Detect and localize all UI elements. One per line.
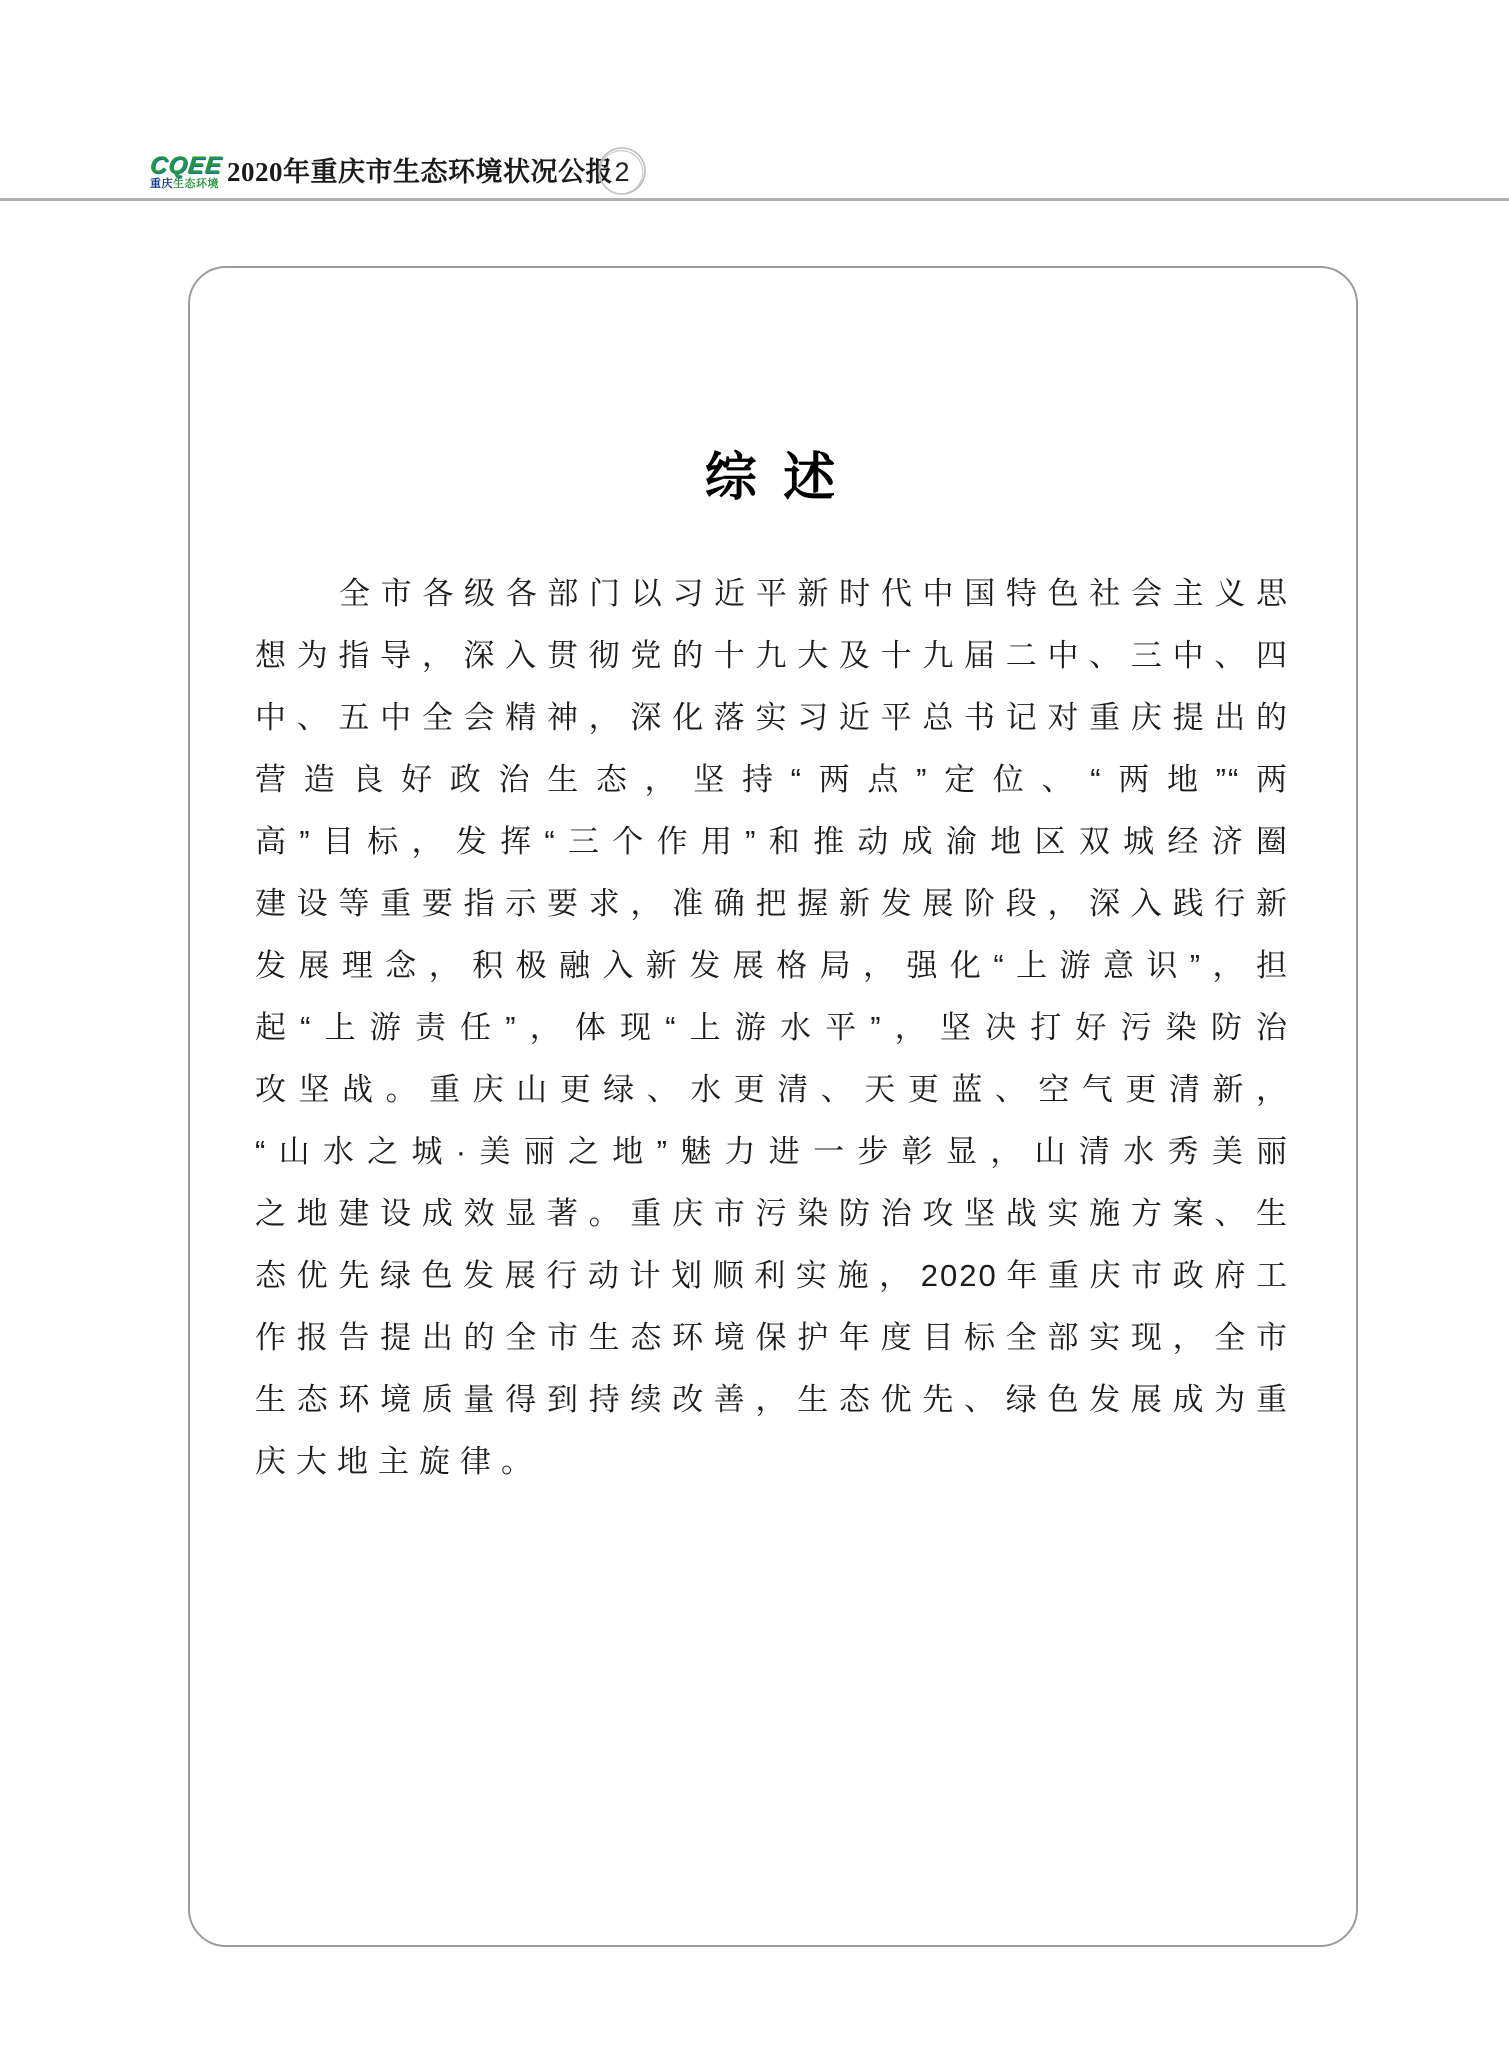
overview-paragraph: 全市各级各部门以习近平新时代中国特色社会主义思 想为指导，深入贯彻党的十九大及十… xyxy=(255,563,1289,1493)
paragraph-line: 起“上游责任”，体现“上游水平”，坚决打好污染防治 xyxy=(255,997,1289,1059)
page-number: 2 xyxy=(614,157,629,187)
header-divider xyxy=(0,198,1509,201)
paragraph-line: 之地建设成效显著。重庆市污染防治攻坚战实施方案、生 xyxy=(255,1183,1289,1245)
page-number-badge: 2 xyxy=(594,143,650,199)
paragraph-line: 攻坚战。重庆山更绿、水更清、天更蓝、空气更清新， xyxy=(255,1059,1289,1121)
paragraph-line: 建设等重要指示要求，准确把握新发展阶段，深入践行新 xyxy=(255,873,1289,935)
paragraph-line: 态优先绿色发展行动计划顺利实施，2020年重庆市政府工 xyxy=(255,1245,1289,1307)
overview-section-box: 综 述 全市各级各部门以习近平新时代中国特色社会主义思 想为指导，深入贯彻党的十… xyxy=(188,266,1358,1947)
logo-subtitle-city: 重庆 xyxy=(150,178,173,190)
paragraph-line: 生态环境质量得到持续改善，生态优先、绿色发展成为重 xyxy=(255,1369,1289,1431)
page-header: CQEE 重庆生态环境 2020年重庆市生态环境状况公报 2 xyxy=(0,0,1509,202)
report-page: CQEE 重庆生态环境 2020年重庆市生态环境状况公报 2 综 述 全市各级各… xyxy=(0,0,1509,2061)
paragraph-line: “山水之城·美丽之地”魅力进一步彰显，山清水秀美丽 xyxy=(255,1121,1289,1183)
paragraph-line: 作报告提出的全市生态环境保护年度目标全部实现，全市 xyxy=(255,1307,1289,1369)
paragraph-line: 想为指导，深入贯彻党的十九大及十九届二中、三中、四 xyxy=(255,625,1289,687)
paragraph-line: 发展理念，积极融入新发展格局，强化“上游意识”，担 xyxy=(255,935,1289,997)
paragraph-line: 全市各级各部门以习近平新时代中国特色社会主义思 xyxy=(255,563,1289,625)
logo-subtitle-eco: 生态环境 xyxy=(173,178,219,190)
document-title: 2020年重庆市生态环境状况公报 xyxy=(227,152,613,192)
paragraph-line: 营造良好政治生态，坚持“两点”定位、“两地”“两 xyxy=(255,749,1289,811)
section-title: 综 述 xyxy=(190,450,1356,506)
paragraph-line: 高”目标，发挥“三个作用”和推动成渝地区双城经济圈 xyxy=(255,811,1289,873)
paragraph-line: 庆大地主旋律。 xyxy=(255,1431,1289,1493)
paragraph-line: 中、五中全会精神，深化落实习近平总书记对重庆提出的 xyxy=(255,687,1289,749)
